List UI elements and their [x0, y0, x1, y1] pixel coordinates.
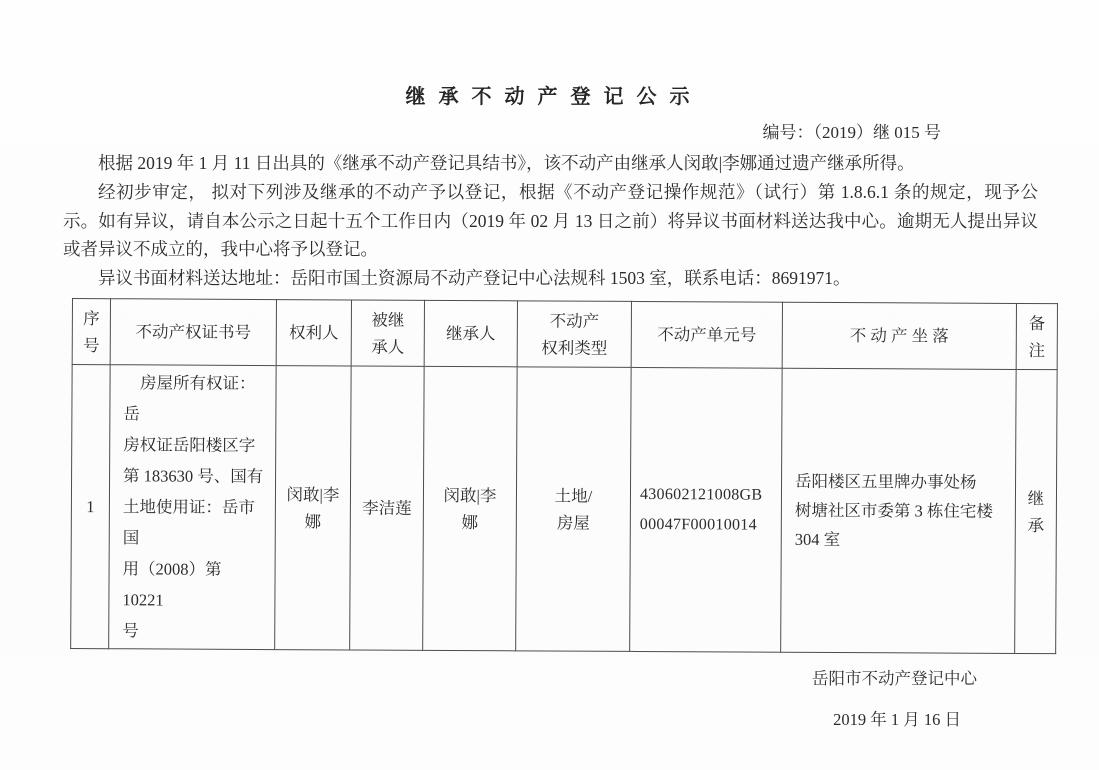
table-header-row: 序 号 不动产权证书号 权利人 被继 承人 继承人 不动产 权利类型 不动产单元…: [72, 298, 1057, 369]
cell-seq: 1: [71, 364, 110, 648]
header-unit-no: 不动产单元号: [631, 301, 782, 368]
registration-table: 序 号 不动产权证书号 权利人 被继 承人 继承人 不动产 权利类型 不动产单元…: [70, 298, 1058, 654]
header-heir: 继承人: [424, 300, 517, 366]
cell-location: 岳阳楼区五里牌办事处杨 树塘社区市委第 3 栋住宅楼 304 室: [781, 368, 1016, 653]
cell-right-type: 土地/ 房屋: [516, 367, 631, 652]
table-row: 1 房屋所有权证：岳 房权证岳阳楼区字 第 183630 号、国有 土地使用证：…: [71, 364, 1057, 653]
header-location: 不 动 产 坐 落: [782, 302, 1016, 369]
cell-unit-no: 430602121008GB 00047F00010014: [630, 367, 782, 652]
header-right-type: 不动产 权利类型: [517, 301, 631, 368]
doc-number: 编号：（2019）继 015 号: [0, 118, 1099, 143]
header-right-holder: 权利人: [276, 300, 351, 366]
notice-paragraph-announcement: 经初步审定， 拟对下列涉及继承的不动产予以登记，根据《不动产登记操作规范》（试行…: [63, 178, 1038, 264]
cell-remark: 继 承: [1015, 369, 1057, 653]
cell-heir: 闵敢|李 娜: [423, 366, 517, 650]
header-certificate-no: 不动产权证书号: [110, 299, 276, 366]
header-remark: 备 注: [1016, 303, 1057, 369]
signature-org: 岳阳市不动产登记中心: [0, 665, 1099, 689]
notice-paragraph-basis: 根据 2019 年 1 月 11 日出具的《继承不动产登记具结书》，该不动产由继…: [63, 149, 1038, 178]
header-seq: 序 号: [72, 298, 110, 364]
signature-block: 岳阳市不动产登记中心 2019 年 1 月 16 日: [0, 665, 1099, 730]
cell-certificate-no: 房屋所有权证：岳 房权证岳阳楼区字 第 183630 号、国有 土地使用证：岳市…: [109, 365, 276, 650]
header-decedent: 被继 承人: [351, 300, 424, 366]
notice-body: 根据 2019 年 1 月 11 日出具的《继承不动产登记具结书》，该不动产由继…: [63, 149, 1038, 293]
page-title: 继 承 不 动 产 登 记 公 示: [0, 0, 1099, 109]
cell-decedent: 李洁莲: [350, 366, 424, 650]
signature-date: 2019 年 1 月 16 日: [0, 706, 1099, 730]
notice-paragraph-contact: 异议书面材料送达地址：岳阳市国土资源局不动产登记中心法规科 1503 室，联系电…: [63, 264, 1038, 293]
cell-right-holder: 闵敢|李 娜: [275, 366, 351, 650]
scanned-document-page: 继 承 不 动 产 登 记 公 示 编号：（2019）继 015 号 根据 20…: [0, 0, 1099, 770]
